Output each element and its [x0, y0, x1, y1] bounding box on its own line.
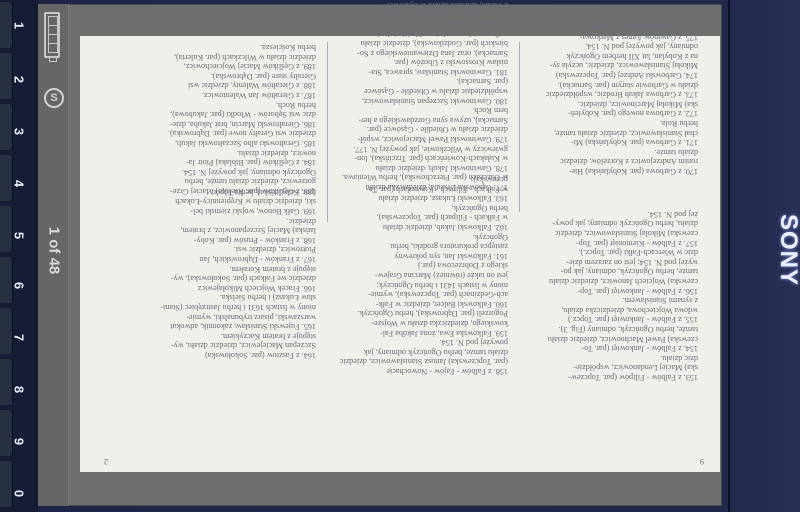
text-line: bieskich (par. Godzikowska), dziedzic dz… [338, 39, 508, 49]
text-line: Wilczkowa, odmiany, jak powyżej pod N. 1… [338, 19, 508, 29]
text-line: skiego z Dobrzecowa (par.) [338, 261, 508, 271]
text-column-1: 153. z Falbów - Filipów (par. Topczew-sk… [528, 209, 698, 382]
text-line: dzic w Wiercach-Fałki (par. Topcz.). [528, 248, 698, 258]
text-line: dzic działu. [528, 353, 698, 363]
text-line: Piotrowicz, dziedzic wsi. [146, 245, 316, 255]
text-line: dziedzic działu w Wilczkach (par. Kulert… [146, 52, 316, 62]
text-line: Sarnacka), oraz Jana Dziewaniewskiego z … [338, 48, 508, 58]
text-line: Sarnacka), używa syna Gorzdawskiego a he… [338, 115, 508, 125]
eink-screen: S 1 of 48 9 2 153. z Falbów - Filipów (p… [38, 4, 722, 506]
text-line: 182. Gawinowski Stanisław Szczepanowicz, [338, 10, 508, 20]
text-line: na z Kobylan, lat XII herbem Ogończyk [528, 51, 698, 61]
text-column-3: 164. z Fasztow (par. Sokołowska)Szczepan… [146, 187, 316, 360]
text-line: 162. Falkowski Jakub, dziedzic działu [338, 223, 508, 233]
page-number-right: 9 [700, 457, 704, 466]
text-line: 176. Gasiorowska (par. Domanowo) [528, 23, 698, 33]
sony-logo: SONY [774, 214, 800, 286]
number-key-5-label: 5 [12, 229, 27, 243]
text-line: działu tamże, herbu Ogończyk odmiany, ja… [338, 347, 508, 357]
text-line: 177. Gąsowska Urszula, dziedziczka dział… [338, 182, 508, 192]
text-line: czewska) Paweł Machnowicz, dziedzic dzia… [528, 334, 698, 344]
number-key-9-label: 9 [12, 435, 27, 449]
text-line: powyżej pod N. 154. [338, 338, 508, 348]
text-line: 153. z Falbów - Filipów (par. Topczew- [528, 372, 698, 382]
text-line: 169. Gałk Bonow, wojski ziemski bel- [146, 207, 316, 217]
text-line: dziedzic wsi Gerałty nowe (par. Dąbrowsk… [146, 129, 316, 139]
status-bar: S 1 of 48 [38, 4, 69, 506]
text-line: 185. Gerałtowski albo Szczałtowski Jakub… [146, 138, 316, 148]
text-line: niony w listach 1631 i herbu Jastrzębiec… [146, 302, 316, 312]
text-line: 154. z Falbów - Jankowięt (par. To- [528, 344, 698, 354]
text-line: nowicz, dziedzic działu. [146, 148, 316, 158]
number-key-8-label: 8 [12, 383, 27, 397]
text-line: Szczepan Maciejewicz, dziedzic działu, w… [146, 341, 316, 351]
text-line: 166. Fracek Wojciech Mikołajewicz [146, 283, 316, 293]
text-line: tamże, herbu Ogończyk, odmiany (Fig. 3). [528, 324, 698, 334]
text-line: 175. z Gawinów Agnes z Markowa- [528, 32, 698, 42]
text-line: 172. z Garbowa nowego (par. Kobyleń- [528, 109, 698, 119]
text-line: Pogorzeli (par. Dąbrowska), herbu Ogończ… [338, 309, 508, 319]
text-line: ach-Gedzinach (par. Topczewska), wymie- [338, 290, 508, 300]
text-line: z Tomic, dziedzic działu w Ojszowce - [338, 0, 508, 10]
text-line: 170. z Garbowa (par. Kobylańska) Hie- [528, 166, 698, 176]
text-line: działu, herbu Ogończyk odmiany, jak powy… [528, 219, 698, 229]
book-page: 9 2 153. z Falbów - Filipów (par. Topcze… [80, 36, 720, 472]
text-line: 163. Falkowski Łukasz, dziedzic działu [338, 194, 508, 204]
battery-full-icon [44, 12, 60, 58]
number-key-6-label: 6 [12, 279, 27, 293]
text-line: 184. z Gęślików (par. Biblaka) Piotr Ja- [146, 158, 316, 168]
rotated-page-content: 9 2 153. z Falbów - Filipów (par. Topcze… [80, 36, 720, 472]
text-column-6: 183. z Gęślików (par. Kiełsko) Maciej Gr… [146, 43, 316, 197]
number-key-2-label: 2 [12, 73, 27, 87]
text-line: stępuje z bratem Kaczykiem. [146, 331, 316, 341]
text-line: 164. z Fasztow (par. Sokołowska) [146, 350, 316, 360]
text-line: stępuje z bratem Korałem. [146, 264, 316, 274]
text-line: działu w Garbowie starym (par. Sarnacka)… [528, 80, 698, 90]
text-line: wdowa Wojciechowa, dziedziczka działu, [528, 305, 698, 315]
text-line: współdziedzic działu w Obiediłe - Gąsówc… [338, 86, 508, 96]
text-line: 188. z Gierałtów Walenty, dziedzic wsi [146, 81, 316, 91]
text-line: sław Łukasz) i herbu Sielska. [146, 293, 316, 303]
text-line: 180. Gawinowski Szczepan Stanisławowicz, [338, 96, 508, 106]
text-line: w Oszczach (par. Pierzchowska), herbu Wi… [338, 173, 508, 183]
text-line: dzic wsi Sęborów - Włodki (par. Jakubowa… [146, 110, 316, 120]
text-line: 168. z Franków - Prusów (par. Koby- [146, 235, 316, 245]
text-line: żej pod N. 154. [528, 209, 698, 219]
text-line: herbu Roch. [146, 100, 316, 110]
bezel-edge [728, 0, 730, 512]
text-line: 189. z Gęślików Maciej Wojciechowicz, [146, 62, 316, 72]
text-line: zastępca prokuratora grodzki, herbu [338, 242, 508, 252]
text-line: 173. z Garbowa Jakub Brodzic, współdzied… [528, 90, 698, 100]
text-line: herbu Rola. [528, 118, 698, 128]
text-line: herbu Ogończyk. [338, 203, 508, 213]
text-line: Gierałty stare (par. Dąbrowska). [146, 71, 316, 81]
text-line: 160. Falkowski Balcer, dziedzic w Fałk- [338, 299, 508, 309]
number-key-strip: 1 2 3 4 5 6 7 8 9 0 [0, 0, 38, 512]
text-line: ronim Andrzejowicz z Korzelów, dziedzic [528, 157, 698, 167]
text-line: 157. z Falbów - Kiemonięt (par. Top- [528, 238, 698, 248]
text-line: ska) Mikołaj Marcinowicz, dziedzic. [528, 99, 698, 109]
text-column-5: 177. Gąsowska Urszula, dziedziczka dział… [338, 0, 508, 192]
number-key-1-label: 1 [12, 19, 27, 33]
text-line: Mikołaj Stanisławowicz, dziedzic, uczyła… [528, 61, 698, 71]
text-line: 165. Fujewski Stanisław, zakonnik, adwok… [146, 322, 316, 332]
text-line: 174. Garbowski Andrzej (par. Topczewska) [528, 70, 698, 80]
text-line: 158. z Falbów - Fajów - Nowochacie [338, 366, 508, 376]
column-divider [519, 42, 520, 212]
text-line: 179. Gawinowski Paweł Maciejowicz, współ… [338, 134, 508, 144]
text-line: czewska) Wojciech Janowicz, dziedzic dzi… [528, 276, 698, 286]
text-line: (par. Sarnacka). [338, 77, 508, 87]
text-line: herbu Kościesza. [146, 43, 316, 53]
text-line: dziedzic działu w Obiediłe - Gąsówce (pa… [338, 125, 508, 135]
text-line: Ogończyk. [338, 232, 508, 242]
text-line: 181. Gawinowski Stanisław, sprawca, Sta- [338, 67, 508, 77]
text-line: 156. z Falbów - Jankowięt (par. Top- [528, 286, 698, 296]
text-line: lańska) Maciej Szczepanowicz, z bratem, [146, 226, 316, 236]
text-line: niony w listach 1431 i herbu Ogończyk; [338, 280, 508, 290]
text-line: działu tamże. [528, 147, 698, 157]
text-line: bem Roch. [338, 106, 508, 116]
page-number-left: 2 [104, 457, 108, 466]
text-line: wyżej pod N. 154; jest on zarazem dzie- [528, 257, 698, 267]
text-line: dziedzic. [146, 216, 316, 226]
text-line: 167. z Franków - Dąbrowskich, Jan [146, 254, 316, 264]
text-line: gorzewicz, dziedzic działu tamże, herbu [146, 177, 316, 187]
text-line: odmiany, jak powyżej pod N. 154. [528, 42, 698, 52]
page-indicator: 1 of 48 [46, 221, 63, 281]
text-line: Ogończyk odmiany, jak powyżej N. 154. [146, 167, 316, 177]
number-key-0-label: 0 [12, 487, 27, 501]
text-line: czewska) Mikołaj Stanisławowicz, dziedzi… [528, 229, 698, 239]
number-key-4-label: 4 [12, 177, 27, 191]
number-key-9[interactable] [0, 410, 13, 456]
text-line: warszawski, pisarz trybunalski, wymie- [146, 312, 316, 322]
column-divider [327, 42, 328, 222]
text-line: 178. Gawinowski Jakub, dziedzic działu [338, 163, 508, 173]
text-line: chał Stanisławowicz, dziedzic działu tam… [528, 128, 698, 138]
text-line: z synami Stanisławem. [528, 296, 698, 306]
text-line: 183. z Gęślików (par. Kiełsko) Maciej Gr… [146, 186, 316, 196]
text-line: jest on także (również) Marcina Grajew- [338, 270, 508, 280]
sync-s-icon: S [44, 88, 64, 108]
text-line: ski, dziedzic działu w Krępiennicy-Łukac… [146, 197, 316, 207]
text-line: Łopieńków - Brzozów (par. Domanowo). [528, 13, 698, 23]
text-line: w Żurowach starych (par. Płońska), herbu [338, 29, 508, 39]
number-key-3-label: 3 [12, 125, 27, 139]
text-line: gwiewiczy w Wilczkowie, jak powyżej N. 1… [338, 144, 508, 154]
text-line: (par. Topczewska) Janusz Stanisławowicz,… [338, 357, 508, 367]
text-line: ska) Maciej Lendanowicz, współdzie- [528, 363, 698, 373]
text-column-2: 158. z Falbów - Fajów - Nowochacie(par. … [338, 175, 508, 376]
text-line: nisław Krossowski z Ubożów (par. [338, 58, 508, 68]
number-key-7-label: 7 [12, 331, 27, 345]
text-line: kowskiego, dziedziczka działu w Wojsze- [338, 318, 508, 328]
text-line: 161. Falkowski Jan, syn pokrewny [338, 251, 508, 261]
text-line: w Kułakach-Kowieńcach (par. Trzcińska), … [338, 154, 508, 164]
text-line: 155. z Falbów - Jankowięt (par. Topcz.) [528, 315, 698, 325]
text-line: 171. z Garbowa (par. Kobylańska) Mi- [528, 138, 698, 148]
text-column-4: 170. z Garbowa (par. Kobylańska) Hie-ron… [528, 13, 698, 176]
ereader-device: 1 2 3 4 5 6 7 8 9 0 S 1 of 48 [0, 0, 800, 512]
text-line: 187. z Gierałtów Jan Walentowicz. [146, 90, 316, 100]
text-line: 159. Falkowska Ewa, żona Jakóba Fal- [338, 328, 508, 338]
text-line: w Fałkach - Filipach (par. Topczewska), [338, 213, 508, 223]
text-line: dziedzic we Fałkach (par. Sokołowska), w… [146, 274, 316, 284]
text-line: tamże, herbu Ogończyk, odmiany, jak po- [528, 267, 698, 277]
text-line: 186. Gierałtowski Marcin, brat Jakuba, d… [146, 119, 316, 129]
